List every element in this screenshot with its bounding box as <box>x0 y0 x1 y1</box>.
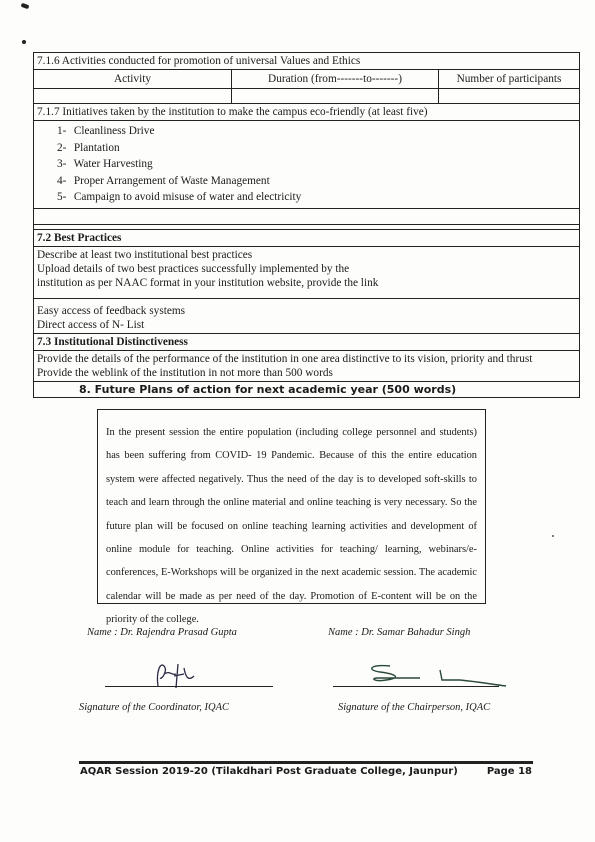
section-716-title: 7.1.6 Activities conducted for promotion… <box>34 53 579 70</box>
list-item: 5- Campaign to avoid misuse of water and… <box>37 189 576 206</box>
cell-activity <box>34 89 232 103</box>
coordinator-signature-line <box>105 686 273 687</box>
footer-session: AQAR Session 2019-20 (Tilakdhari Post Gr… <box>80 766 458 777</box>
section-73-title: 7.3 Institutional Distinctiveness <box>34 333 579 351</box>
page-footer: AQAR Session 2019-20 (Tilakdhari Post Gr… <box>80 766 532 777</box>
coordinator-label: Signature of the Coordinator, IQAC <box>79 702 229 713</box>
eco-initiatives-list: 1- Cleanliness Drive 2- Plantation 3- Wa… <box>34 121 579 209</box>
activities-table-row <box>34 89 579 104</box>
list-item: 3- Water Harvesting <box>37 156 576 173</box>
list-item: 4- Proper Arrangement of Waste Managemen… <box>37 173 576 190</box>
distinctiveness-description: Provide the details of the performance o… <box>34 351 579 382</box>
scan-speck <box>21 3 30 9</box>
practice-item: Direct access of N- List <box>37 318 576 332</box>
column-duration: Duration (from-------to-------) <box>232 70 439 88</box>
page-number: Page 18 <box>487 766 532 777</box>
empty-row <box>34 209 579 225</box>
cell-duration <box>232 89 439 103</box>
list-item: 1- Cleanliness Drive <box>37 123 576 140</box>
column-participants: Number of participants <box>439 70 579 88</box>
coordinator-name: Name : Dr. Rajendra Prasad Gupta <box>87 627 237 638</box>
chairperson-name: Name : Dr. Samar Bahadur Singh <box>328 627 470 638</box>
activities-table-header: Activity Duration (from-------to-------)… <box>34 70 579 89</box>
section-8-title: 8. Future Plans of action for next acade… <box>79 383 456 396</box>
future-plans-box: In the present session the entire popula… <box>97 409 486 604</box>
section-717-title: 7.1.7 Initiatives taken by the instituti… <box>34 104 579 121</box>
section-72-title: 7.2 Best Practices <box>34 229 579 247</box>
criteria-7-table: 7.1.6 Activities conducted for promotion… <box>33 52 580 398</box>
chairperson-label: Signature of the Chairperson, IQAC <box>338 702 490 713</box>
practice-item: Easy access of feedback systems <box>37 304 576 318</box>
scan-speck <box>22 40 26 44</box>
scan-speck <box>552 535 554 537</box>
column-activity: Activity <box>34 70 232 88</box>
list-item: 2- Plantation <box>37 140 576 157</box>
best-practices-list: Easy access of feedback systems Direct a… <box>34 299 579 333</box>
footer-rule <box>79 761 533 764</box>
chairperson-signature-line <box>333 686 499 687</box>
cell-participants <box>439 89 579 103</box>
best-practices-description: Describe at least two institutional best… <box>34 247 579 299</box>
future-plans-text: In the present session the entire popula… <box>106 421 477 632</box>
